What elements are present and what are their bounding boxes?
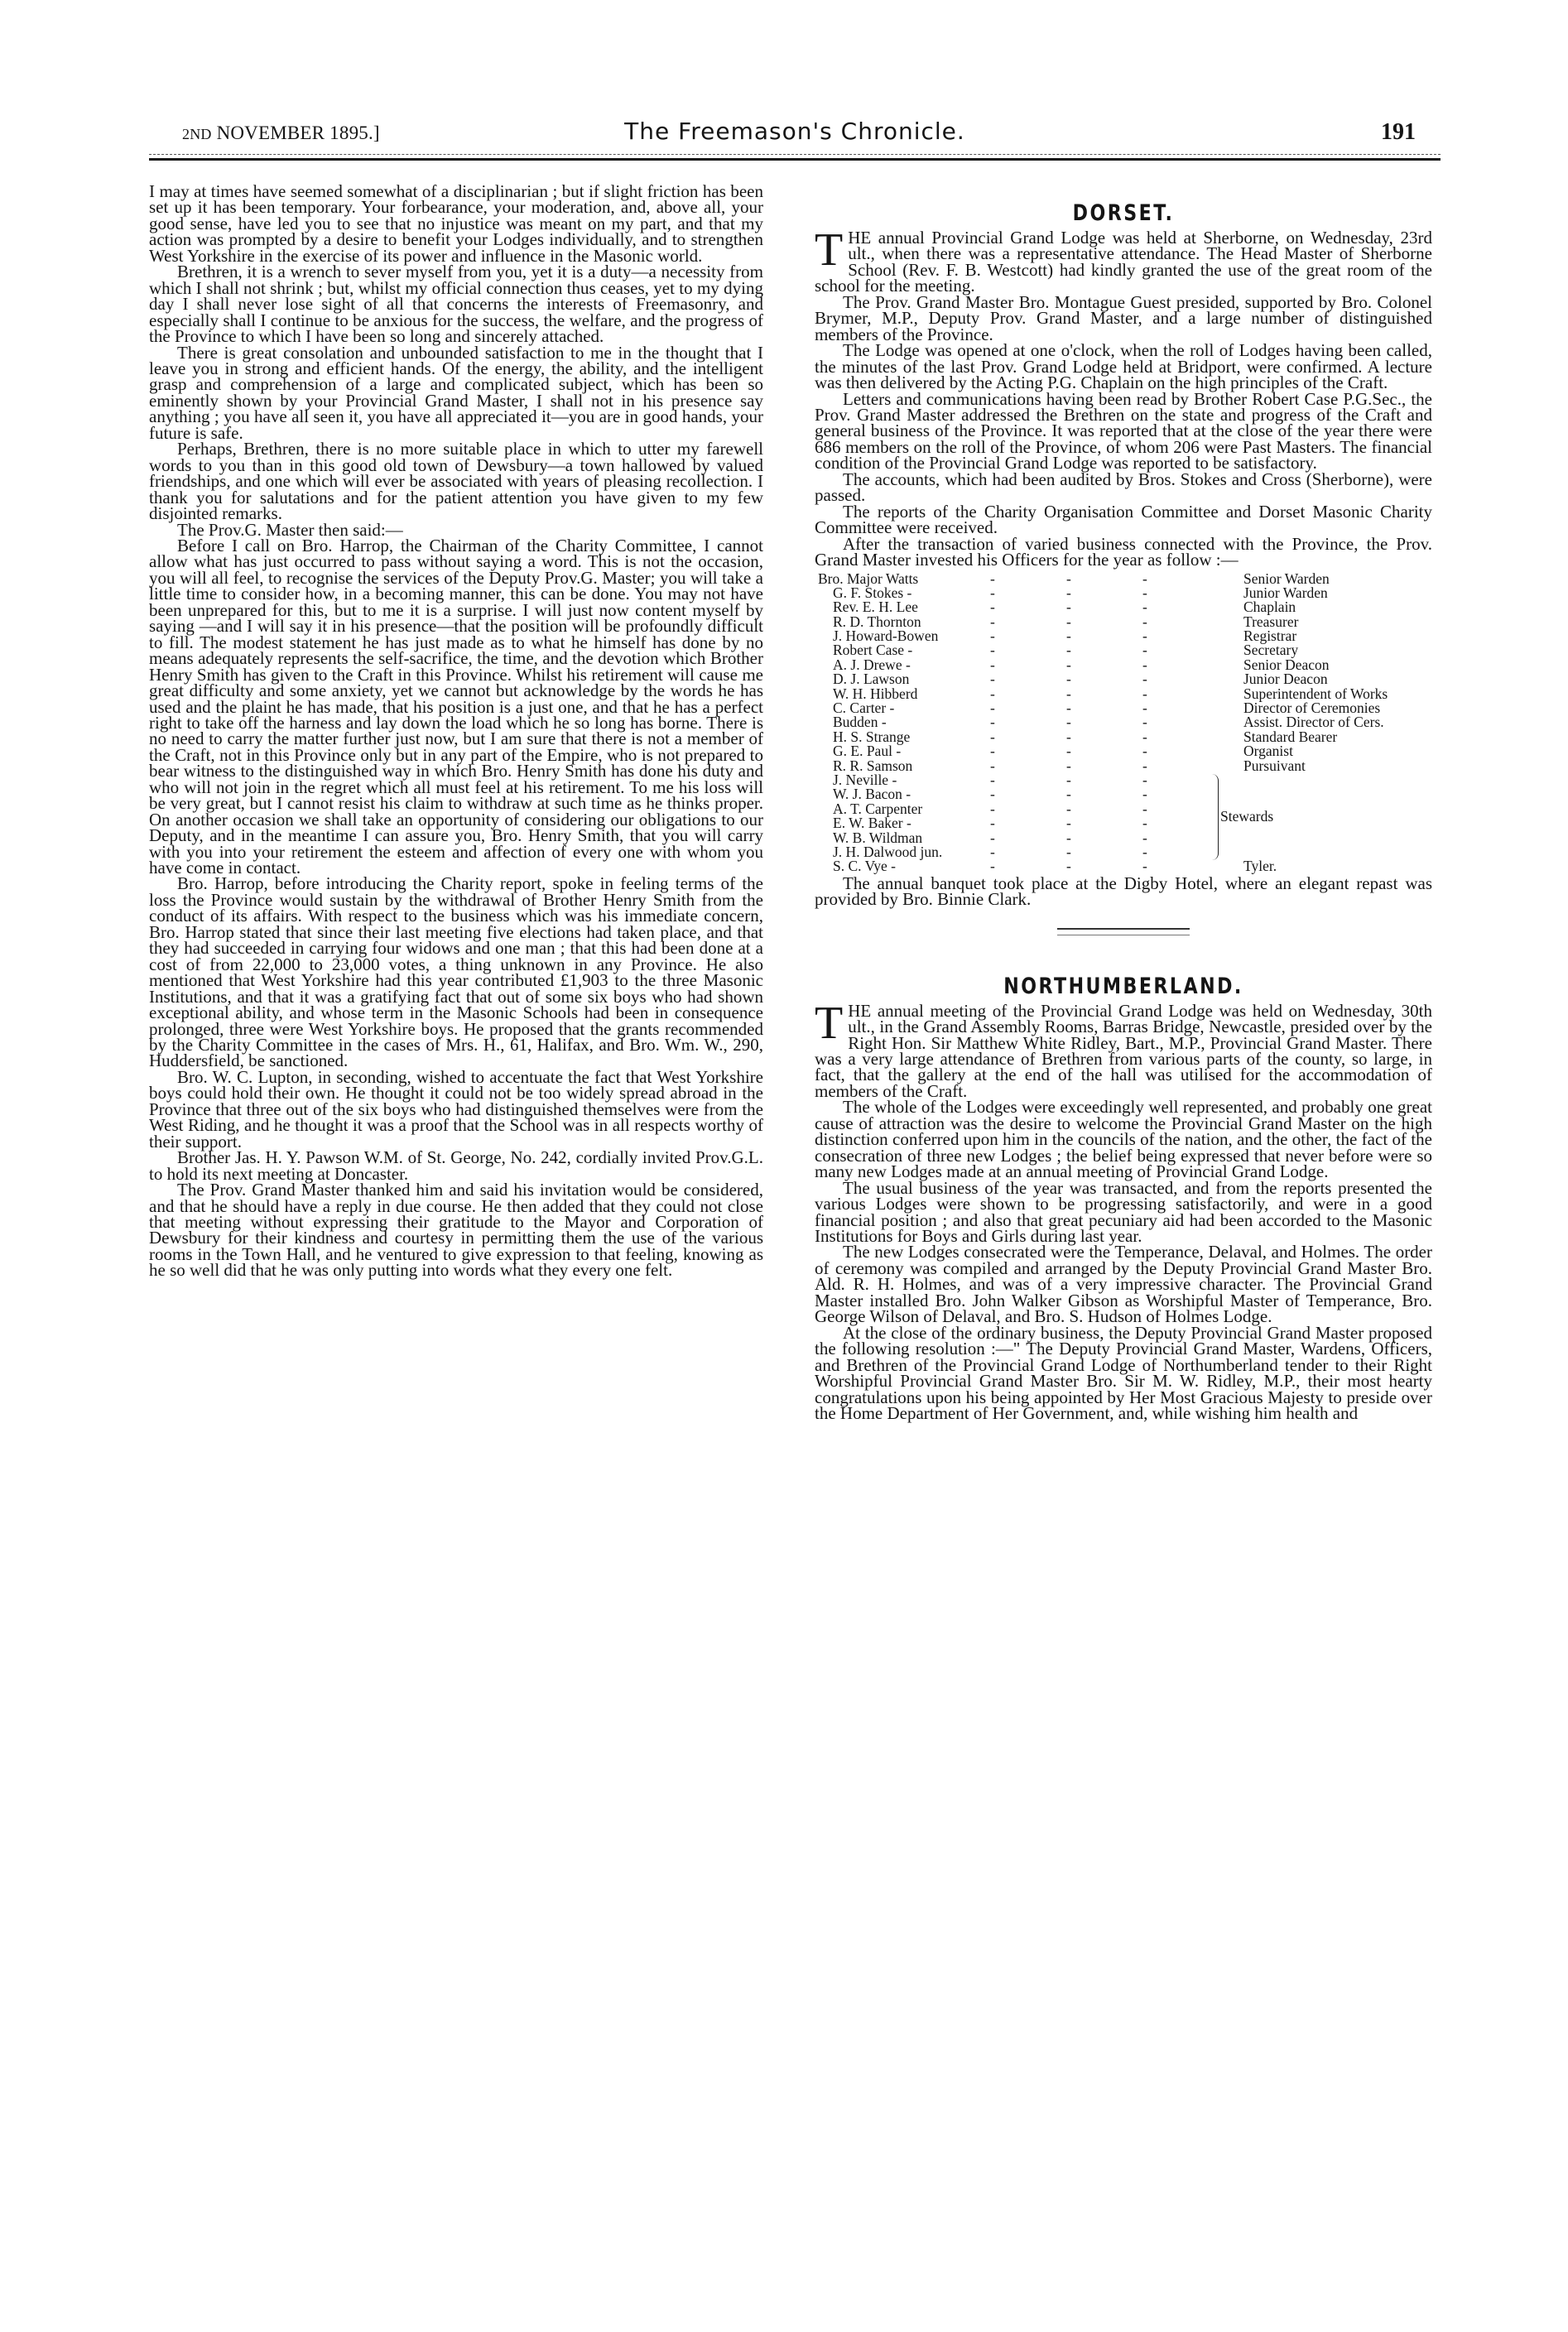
officer-row: Robert Case ----Secretary	[833, 643, 1432, 657]
paragraph: Before I call on Bro. Harrop, the Chairm…	[149, 538, 763, 877]
officer-row: S. C. Vye ----Tyler.	[833, 859, 1432, 873]
officer-row: A. T. Carpenter---	[833, 802, 1432, 816]
paragraph: Letters and communications having been r…	[815, 392, 1432, 472]
paragraph: I may at times have seemed somewhat of a…	[149, 184, 763, 264]
section-divider	[1057, 928, 1190, 935]
officer-row: J. H. Dalwood jun.---	[833, 845, 1432, 859]
paragraph: The usual business of the year was trans…	[815, 1180, 1432, 1245]
drop-cap: T	[815, 232, 843, 268]
paragraph: The reports of the Charity Organisation …	[815, 504, 1432, 536]
right-column: DORSET. THE annual Provincial Grand Lodg…	[815, 184, 1432, 1421]
paragraph: The accounts, which had been audited by …	[815, 472, 1432, 504]
paragraph: At the close of the ordinary business, t…	[815, 1325, 1432, 1422]
officer-row: J. Neville ----	[833, 773, 1432, 787]
officer-row: R. R. Samson---Pursuivant	[833, 759, 1432, 773]
officer-row: J. Howard-Bowen---Registrar	[833, 629, 1432, 643]
paragraph: The new Lodges consecrated were the Temp…	[815, 1244, 1432, 1325]
officer-row: G. E. Paul ----Organist	[833, 744, 1432, 758]
stewards-group: Stewards J. Neville ---- W. J. Bacon ---…	[833, 773, 1432, 859]
drop-cap: T	[815, 1005, 843, 1041]
publication-title: The Freemason's Chronicle.	[149, 118, 1441, 145]
paragraph: Brother Jas. H. Y. Pawson W.M. of St. Ge…	[149, 1150, 763, 1182]
header-rule-thin	[149, 154, 1441, 155]
paragraph: Bro. W. C. Lupton, in seconding, wished …	[149, 1070, 763, 1150]
left-column: I may at times have seemed somewhat of a…	[149, 184, 763, 1279]
dorset-heading: DORSET.	[870, 200, 1377, 227]
paragraph: The annual banquet took place at the Dig…	[815, 876, 1432, 908]
paragraph: The Prov. Grand Master thanked him and s…	[149, 1182, 763, 1279]
paragraph: The whole of the Lodges were exceedingly…	[815, 1099, 1432, 1180]
officer-row: W. J. Bacon ----	[833, 787, 1432, 801]
header-rule-thick	[149, 158, 1441, 161]
page-header: 2ND NOVEMBER 1895.] The Freemason's Chro…	[149, 118, 1441, 151]
officer-row: A. J. Drewe ----Senior Deacon	[833, 658, 1432, 672]
paragraph: The Lodge was opened at one o'clock, whe…	[815, 343, 1432, 391]
officers-list: Bro. Major Watts---Senior Warden G. F. S…	[815, 572, 1432, 874]
paragraph: Brethren, it is a wrench to sever myself…	[149, 264, 763, 344]
northumberland-article: NORTHUMBERLAND. THE annual meeting of th…	[815, 974, 1432, 1422]
paragraph: THE annual Provincial Grand Lodge was he…	[815, 230, 1432, 295]
officer-row: E. W. Baker ----	[833, 816, 1432, 830]
officer-row: G. F. Stokes ----Junior Warden	[833, 586, 1432, 600]
paragraph: There is great consolation and unbounded…	[149, 345, 763, 442]
northumberland-heading: NORTHUMBERLAND.	[870, 974, 1377, 1000]
officer-row: Budden ----Assist. Director of Cers.	[833, 715, 1432, 729]
paragraph: After the transaction of varied business…	[815, 536, 1432, 569]
paragraph: THE annual meeting of the Provincial Gra…	[815, 1003, 1432, 1100]
dorset-article: DORSET. THE annual Provincial Grand Lodg…	[815, 200, 1432, 908]
paragraph: The Prov. Grand Master Bro. Montague Gue…	[815, 295, 1432, 343]
page-number: 191	[1381, 119, 1416, 146]
officer-row: Bro. Major Watts---Senior Warden	[833, 572, 1432, 586]
paragraph: Perhaps, Brethren, there is no more suit…	[149, 441, 763, 522]
officer-row: H. S. Strange---Standard Bearer	[833, 730, 1432, 744]
officer-row: Rev. E. H. Lee---Chaplain	[833, 600, 1432, 614]
paragraph: Bro. Harrop, before introducing the Char…	[149, 876, 763, 1069]
